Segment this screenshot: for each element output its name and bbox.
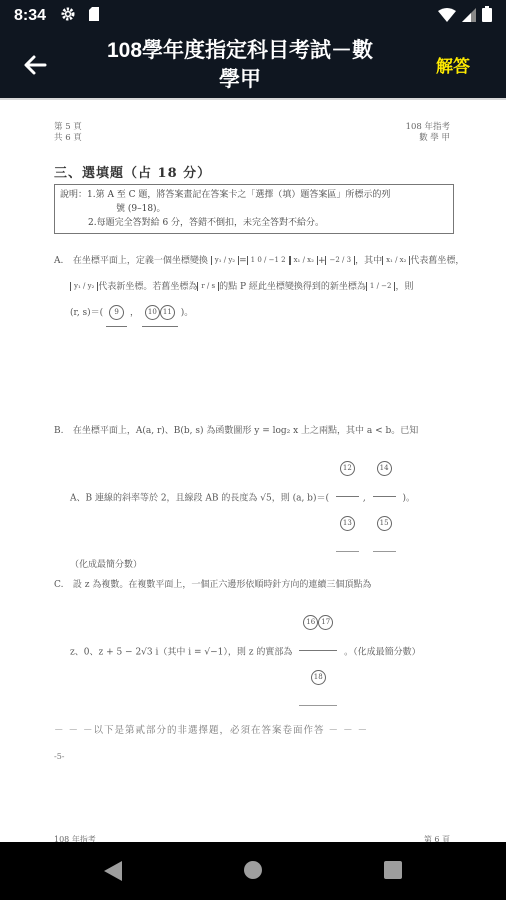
gear-icon — [60, 6, 76, 26]
back-button[interactable] — [20, 50, 50, 80]
sd-card-icon — [88, 6, 100, 26]
circle-home-icon — [243, 860, 263, 880]
wifi-icon — [438, 7, 456, 26]
next-page-header-right: 第 6 頁 — [424, 834, 450, 842]
answer-blank-10-11: 1011 — [142, 300, 178, 327]
question-b: B. 在坐標平面上，A(a, r)、B(b, s) 為函數圖形 y = log₂… — [54, 418, 418, 578]
nav-recents-button[interactable] — [383, 860, 403, 884]
answer-fraction-12-13: 12 13 — [336, 444, 359, 552]
title-line-1: 108學年度指定科目考試－數 — [80, 36, 400, 65]
page-title: 108學年度指定科目考試－數 學甲 — [80, 36, 400, 94]
instructions-box: 說明：1.第 A 至 C 題，將答案畫記在答案卡之「選擇（填）題答案區」所標示的… — [54, 184, 454, 234]
answer-blank-9: 9 — [106, 300, 127, 327]
section-title: 三、選填題（占 18 分） — [54, 162, 211, 181]
answer-button[interactable]: 解答 — [436, 52, 470, 77]
next-page-header-left: 108 年指考 — [54, 834, 96, 842]
document-viewer[interactable]: 第 5 頁 共 6 頁 108 年指考 數 學 甲 三、選填題（占 18 分） … — [0, 100, 506, 842]
question-c: C. 設 z 為複數。在複數平面上，一個正六邊形依順時針方向的連續三個頂點為 z… — [54, 572, 421, 706]
question-a: A. 在坐標平面上，定義一個坐標變換 y₁ / y₂=1 0 / −1 2x₁ … — [54, 248, 464, 327]
nav-home-button[interactable] — [243, 860, 263, 884]
battery-icon — [482, 6, 492, 26]
app-bar: 108學年度指定科目考試－數 學甲 解答 — [0, 32, 506, 98]
signal-icon — [462, 7, 476, 26]
page-header-left: 第 5 頁 共 6 頁 — [54, 122, 82, 144]
page-number: -5- — [54, 752, 65, 761]
answer-fraction-14-15: 14 15 — [373, 444, 396, 552]
status-bar: 8:34 — [0, 0, 506, 32]
square-recents-icon — [383, 860, 403, 880]
section-divider-text: － － －以下是第貳部分的非選擇題，必須在答案卷面作答 － － － — [54, 722, 368, 736]
navigation-bar — [0, 842, 506, 900]
triangle-back-icon — [102, 860, 124, 882]
title-line-2: 學甲 — [80, 65, 400, 94]
page-header-right: 108 年指考 數 學 甲 — [406, 122, 450, 144]
nav-back-button[interactable] — [102, 860, 124, 886]
answer-fraction-16-18: 1617 18 — [299, 598, 337, 706]
status-time: 8:34 — [14, 7, 46, 25]
arrow-left-icon — [20, 50, 50, 80]
